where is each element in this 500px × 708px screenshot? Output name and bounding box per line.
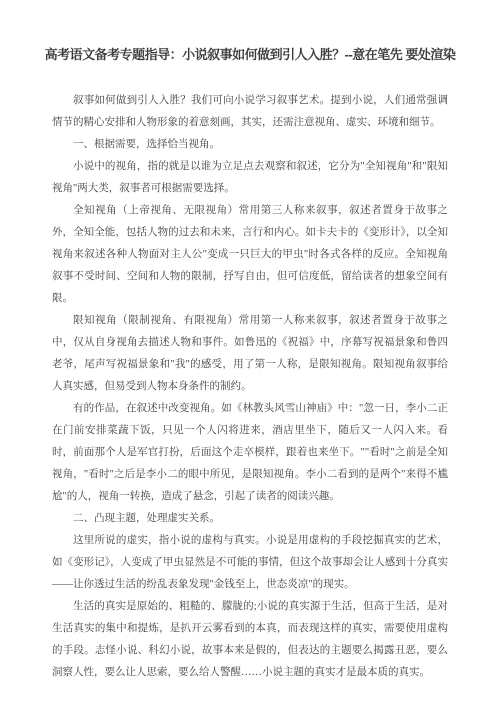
paragraph: 有的作品，在叙述中改变视角。如《林教头风雪山神庙》中："忽一日，李小二正在门前安… — [52, 398, 448, 508]
section-heading-2: 二、凸现主题，处理虚实关系。 — [52, 508, 448, 530]
paragraph: 小说中的视角，指的就是以谁为立足点去观察和叙述，它分为"全知视角"和"限知视角"… — [52, 156, 448, 200]
paragraph: 全知视角（上帝视角、无限视角）常用第三人称来叙事，叙述者置身于故事之外，全知全能… — [52, 200, 448, 310]
article-body: 叙事如何做到引人入胜？我们可向小说学习叙事艺术。提到小说，人们通常强调情节的精心… — [52, 90, 448, 684]
document-page: 高考语文备考专题指导：小说叙事如何做到引人入胜？--意在笔先 要处渲染 叙事如何… — [0, 0, 500, 708]
paragraph: 这里所说的虚实，指小说的虚构与真实。小说是用虚构的手段挖掘真实的艺术，如《变形记… — [52, 530, 448, 596]
paragraph: 生活的真实是原始的、粗糙的、朦胧的;小说的真实源于生活，但高于生活，是对生活真实… — [52, 596, 448, 684]
page-title: 高考语文备考专题指导：小说叙事如何做到引人入胜？--意在笔先 要处渲染 — [20, 44, 480, 66]
paragraph-intro: 叙事如何做到引人入胜？我们可向小说学习叙事艺术。提到小说，人们通常强调情节的精心… — [52, 90, 448, 134]
section-heading-1: 一、根据需要，选择恰当视角。 — [52, 134, 448, 156]
paragraph: 限知视角（限制视角、有限视角）常用第一人称来叙事，叙述者置身于故事之中，仅从自身… — [52, 310, 448, 398]
